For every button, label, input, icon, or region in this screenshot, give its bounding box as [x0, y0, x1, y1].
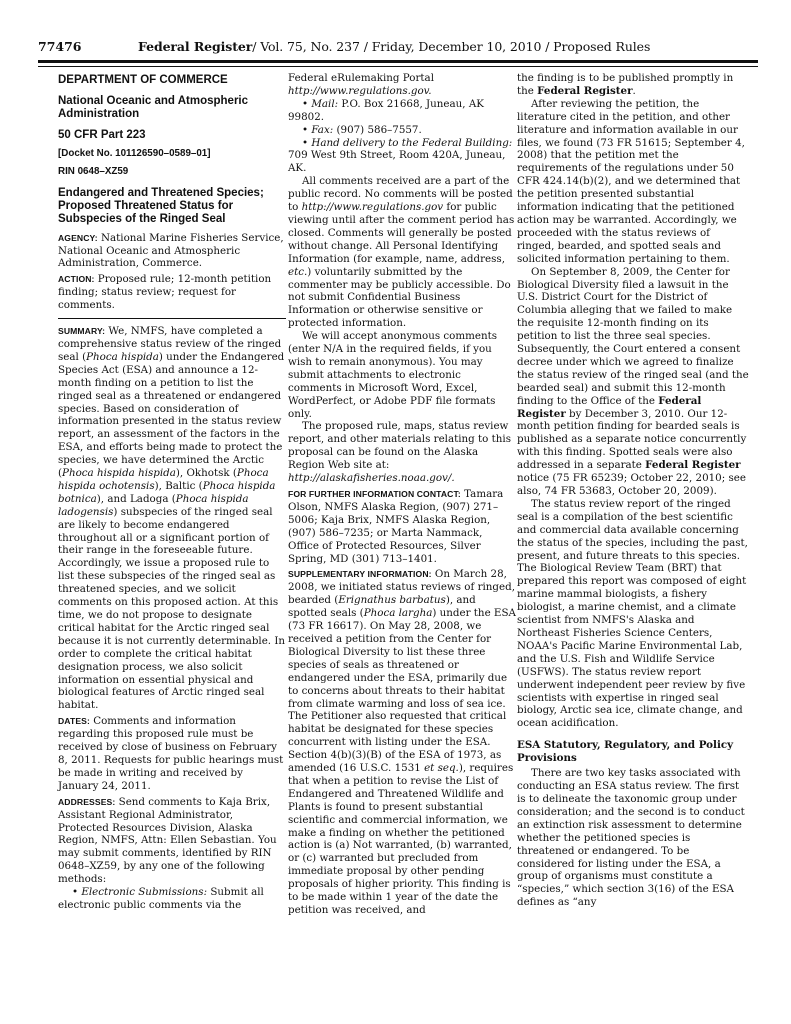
portal-link[interactable]: http://www.regulations.gov.	[288, 85, 432, 97]
paragraph-continued: the finding is to be published promptly …	[517, 72, 749, 98]
bullet-icon: •	[302, 98, 308, 110]
bullet-label: Fax:	[311, 124, 333, 136]
summary-text: ) subspecies of the ringed seal are like…	[58, 506, 285, 712]
petition-review-paragraph: After reviewing the petition, the litera…	[517, 98, 749, 266]
summary-text: ), and Ladoga (	[97, 493, 176, 505]
dates-text: Comments and information regarding this …	[58, 715, 283, 792]
federal-register-ref: Federal Register	[645, 459, 740, 471]
paragraph-text: ), requires that when a petition to revi…	[288, 762, 513, 916]
addresses-block: ADDRESSES: Send comments to Kaja Brix, A…	[58, 796, 286, 886]
addresses-label: ADDRESSES:	[58, 797, 115, 807]
summary-text: ) under the Endangered Species Act (ESA)…	[58, 351, 284, 479]
bullet-fax: • Fax: (907) 586–7557.	[288, 124, 516, 137]
bullet-label: Electronic Submissions:	[81, 886, 207, 898]
status-review-paragraph: The status review report of the ringed s…	[517, 498, 749, 730]
cfr-part: 50 CFR Part 223	[58, 129, 286, 142]
public-record-paragraph: All comments received are a part of the …	[288, 175, 516, 330]
paragraph-text: ) under the ESA (73 FR 16617). On May 28…	[288, 607, 516, 774]
agency-block: AGENCY: National Marine Fisheries Servic…	[58, 232, 286, 271]
dates-block: DATES: Comments and information regardin…	[58, 715, 286, 792]
supplementary-block: SUPPLEMENTARY INFORMATION: On March 28, …	[288, 568, 516, 916]
journal-name: Federal Register	[138, 39, 252, 54]
paragraph-text: notice (75 FR 65239; October 22, 2010; s…	[517, 472, 746, 497]
document-title: Endangered and Threatened Species; Propo…	[58, 187, 286, 226]
header-rule-thin	[38, 66, 758, 67]
contact-label: FOR FURTHER INFORMATION CONTACT:	[288, 489, 461, 499]
bullet-icon: •	[302, 124, 308, 136]
column-2: Federal eRulemaking Portal http://www.re…	[288, 72, 516, 917]
rin-number: RIN 0648–XZ59	[58, 166, 286, 179]
dates-label: DATES:	[58, 716, 90, 726]
bullet-icon: •	[72, 886, 78, 898]
paragraph-text: The proposed rule, maps, status review r…	[288, 420, 511, 471]
species-name: Phoca hispida hispida	[62, 467, 176, 479]
bullet-hand-delivery: • Hand delivery to the Federal Building:…	[288, 137, 516, 176]
contact-text: Tamara Olson, NMFS Alaska Region, (907) …	[288, 488, 503, 565]
paragraph-text: ) voluntarily submitted by the commenter…	[288, 266, 511, 330]
regulations-link[interactable]: http://www.regulations.gov	[302, 201, 444, 213]
lawsuit-paragraph: On September 8, 2009, the Center for Bio…	[517, 266, 749, 498]
paragraph-text: et seq.	[424, 762, 459, 774]
column-3: the finding is to be published promptly …	[517, 72, 749, 909]
action-label: ACTION:	[58, 274, 95, 284]
page-number: 77476	[38, 39, 82, 54]
portal-text: Federal eRulemaking Portal	[288, 72, 434, 84]
agency-label: AGENCY:	[58, 233, 98, 243]
summary-text: ), Okhotsk (	[176, 467, 237, 479]
issue-details: / Vol. 75, No. 237 / Friday, December 10…	[252, 39, 650, 54]
section-divider	[58, 318, 286, 319]
summary-label: SUMMARY:	[58, 326, 105, 336]
alaska-region-link[interactable]: http://alaskafisheries.noaa.gov/.	[288, 472, 455, 484]
department-heading: DEPARTMENT OF COMMERCE	[58, 74, 286, 87]
bullet-text: (907) 586–7557.	[337, 124, 422, 136]
paragraph-text: .	[633, 85, 636, 97]
docket-number: [Docket No. 101126590–0589–01]	[58, 148, 286, 161]
supplementary-label: SUPPLEMENTARY INFORMATION:	[288, 569, 432, 579]
running-header: 77476 Federal Register/ Vol. 75, No. 237…	[38, 39, 758, 55]
anonymous-paragraph: We will accept anonymous comments (enter…	[288, 330, 516, 420]
summary-block: SUMMARY: We, NMFS, have completed a comp…	[58, 325, 286, 712]
bullet-label: Mail:	[311, 98, 338, 110]
species-name: Phoca largha	[364, 607, 433, 619]
agency-heading: National Oceanic and Atmospheric Adminis…	[58, 95, 286, 121]
bullet-icon: •	[302, 137, 308, 149]
header-rule-thick	[38, 60, 758, 63]
species-name: Phoca hispida	[86, 351, 159, 363]
bullet-mail: • Mail: P.O. Box 21668, Juneau, AK 99802…	[288, 98, 516, 124]
action-block: ACTION: Proposed rule; 12-month petition…	[58, 273, 286, 312]
paragraph-text: On September 8, 2009, the Center for Bio…	[517, 266, 749, 407]
bullet-text: 709 West 9th Street, Room 420A, Juneau, …	[288, 149, 505, 174]
species-name: Erignathus barbatus	[338, 594, 446, 606]
bullet-electronic: • Electronic Submissions: Submit all ele…	[58, 886, 286, 912]
header-title: Federal Register/ Vol. 75, No. 237 / Fri…	[138, 39, 650, 54]
column-1: DEPARTMENT OF COMMERCE National Oceanic …	[58, 72, 286, 912]
section-heading: ESA Statutory, Regulatory, and Policy Pr…	[517, 739, 749, 765]
addresses-text: Send comments to Kaja Brix, Assistant Re…	[58, 796, 277, 885]
contact-block: FOR FURTHER INFORMATION CONTACT: Tamara …	[288, 488, 516, 565]
paragraph-text: etc.	[288, 266, 307, 278]
federal-register-ref: Federal Register	[537, 85, 632, 97]
bullet-label: Hand delivery to the Federal Building:	[311, 137, 512, 149]
maps-paragraph: The proposed rule, maps, status review r…	[288, 420, 516, 485]
portal-line: Federal eRulemaking Portal http://www.re…	[288, 72, 516, 98]
summary-text: ), Baltic (	[155, 480, 203, 492]
key-tasks-paragraph: There are two key tasks associated with …	[517, 767, 749, 909]
